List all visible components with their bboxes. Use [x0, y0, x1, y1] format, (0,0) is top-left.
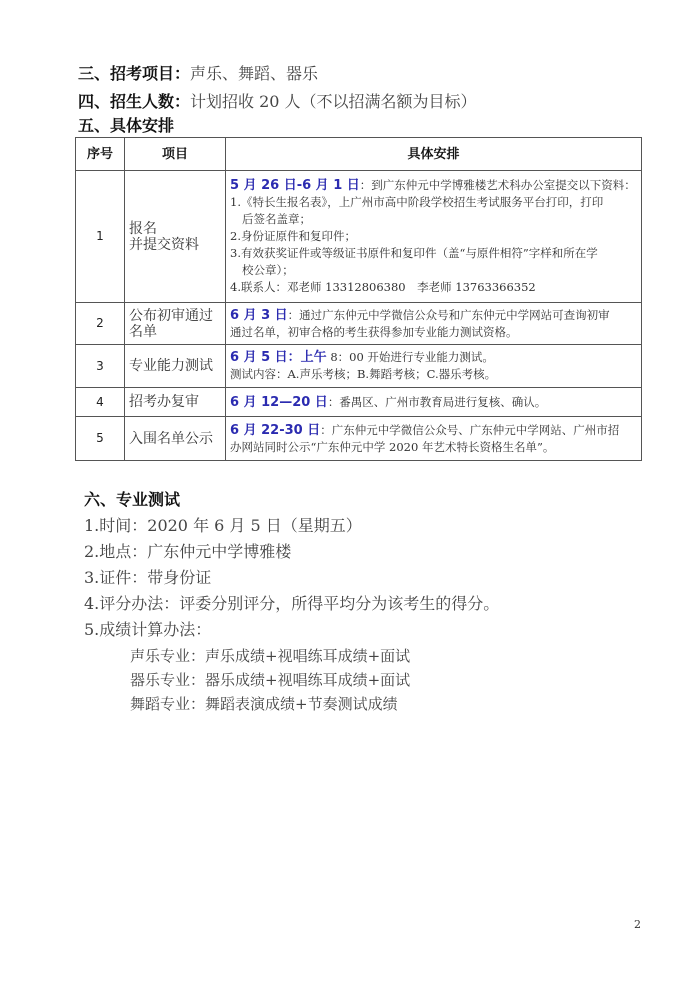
table-row: 3 专业能力测试 6 月 5 日：上午 8：00 开始进行专业能力测试。 测试内…	[76, 345, 642, 388]
table-row: 1 报名 并提交资料 5 月 26 日-6 月 1 日：到广东仲元中学博雅楼艺术…	[76, 171, 642, 303]
row-detail: 6 月 12—20 日：番禺区、广州市教育局进行复核、确认。	[226, 388, 642, 417]
header-item: 项目	[125, 138, 226, 171]
row-detail-text: 3.有效获奖证件或等级证书原件和复印件（盖“与原件相符”字样和所在学	[230, 245, 637, 262]
s6-sub-item: 器乐专业：器乐成绩+视唱练耳成绩+面试	[130, 670, 410, 690]
row-num: 2	[76, 303, 125, 345]
s6-item: 4.评分办法：评委分别评分，所得平均分为该考生的得分。	[84, 594, 499, 614]
section-3-heading: 三、招考项目：	[78, 64, 190, 83]
row-item: 入围名单公示	[125, 417, 226, 461]
row-detail-text: 4.联系人：邓老师 13312806380 李老师 13763366352	[230, 279, 637, 296]
section-4: 四、招生人数：计划招收 20 人（不以招满名额为目标）	[78, 92, 477, 112]
row-detail-text: 1.《特长生报名表》，上广州市高中阶段学校招生考试服务平台打印，打印	[230, 194, 637, 211]
row-date: 6 月 5 日：上午	[230, 350, 327, 365]
row-detail-text: 测试内容：A.声乐考核；B.舞蹈考核；C.器乐考核。	[230, 366, 637, 383]
page-number: 2	[634, 918, 641, 931]
section-6-heading: 六、专业测试	[84, 490, 180, 510]
row-detail-text: ：广东仲元中学微信公众号、广东仲元中学网站、广州市招	[320, 423, 619, 437]
table-row: 2 公布初审通过 名单 6 月 3 日：通过广东仲元中学微信公众号和广东仲元中学…	[76, 303, 642, 345]
row-num: 3	[76, 345, 125, 388]
row-detail-text: 通过名单，初审合格的考生获得参加专业能力测试资格。	[230, 324, 637, 341]
section-4-heading: 四、招生人数：	[78, 92, 190, 111]
row-item: 公布初审通过 名单	[125, 303, 226, 345]
table-header-row: 序号 项目 具体安排	[76, 138, 642, 171]
s6-item: 1.时间：2020 年 6 月 5 日（星期五）	[84, 516, 362, 536]
section-3: 三、招考项目：声乐、舞蹈、器乐	[78, 64, 318, 84]
row-detail: 6 月 22-30 日：广东仲元中学微信公众号、广东仲元中学网站、广州市招 办网…	[226, 417, 642, 461]
table-row: 4 招考办复审 6 月 12—20 日：番禺区、广州市教育局进行复核、确认。	[76, 388, 642, 417]
row-date: 6 月 22-30 日	[230, 423, 320, 438]
s6-item: 2.地点：广东仲元中学博雅楼	[84, 542, 291, 562]
row-detail-text: 8：00 开始进行专业能力测试。	[327, 350, 494, 364]
s6-sub-item: 声乐专业：声乐成绩+视唱练耳成绩+面试	[130, 646, 410, 666]
row-detail-text: 2.身份证原件和复印件；	[230, 228, 637, 245]
row-item-line: 并提交资料	[129, 237, 221, 253]
s6-item: 3.证件：带身份证	[84, 568, 211, 588]
schedule-table: 序号 项目 具体安排 1 报名 并提交资料 5 月 26 日-6 月 1 日：到…	[75, 137, 642, 461]
table-row: 5 入围名单公示 6 月 22-30 日：广东仲元中学微信公众号、广东仲元中学网…	[76, 417, 642, 461]
section-5: 五、具体安排	[78, 116, 174, 136]
row-item: 专业能力测试	[125, 345, 226, 388]
header-num: 序号	[76, 138, 125, 171]
s6-item: 5.成绩计算办法：	[84, 620, 211, 640]
s6-sub-item: 舞蹈专业：舞蹈表演成绩+节奏测试成绩	[130, 694, 398, 714]
row-item-line: 名单	[129, 324, 221, 340]
row-detail-text: ：番禺区、广州市教育局进行复核、确认。	[328, 395, 547, 409]
row-num: 4	[76, 388, 125, 417]
row-detail-text: ：通过广东仲元中学微信公众号和广东仲元中学网站可查询初审	[288, 308, 610, 322]
row-item-line: 报名	[129, 221, 221, 237]
row-num: 1	[76, 171, 125, 303]
row-detail-text: 办网站同时公示“广东仲元中学 2020 年艺术特长资格生名单”。	[230, 439, 637, 456]
row-item: 报名 并提交资料	[125, 171, 226, 303]
section-4-text: 计划招收 20 人（不以招满名额为目标）	[190, 92, 477, 111]
section-5-heading: 五、具体安排	[78, 116, 174, 135]
row-item-line: 公布初审通过	[129, 308, 221, 324]
row-detail-text: 校公章）；	[230, 262, 637, 279]
row-date: 5 月 26 日-6 月 1 日	[230, 178, 360, 193]
row-detail: 6 月 3 日：通过广东仲元中学微信公众号和广东仲元中学网站可查询初审 通过名单…	[226, 303, 642, 345]
row-detail-text: ：到广东仲元中学博雅楼艺术科办公室提交以下资料：	[360, 178, 636, 192]
row-detail: 5 月 26 日-6 月 1 日：到广东仲元中学博雅楼艺术科办公室提交以下资料：…	[226, 171, 642, 303]
row-detail: 6 月 5 日：上午 8：00 开始进行专业能力测试。 测试内容：A.声乐考核；…	[226, 345, 642, 388]
row-detail-text: 后签名盖章；	[230, 211, 637, 228]
row-item: 招考办复审	[125, 388, 226, 417]
row-num: 5	[76, 417, 125, 461]
row-date: 6 月 3 日	[230, 308, 288, 323]
section-3-text: 声乐、舞蹈、器乐	[190, 64, 318, 83]
row-date: 6 月 12—20 日	[230, 395, 328, 410]
header-detail: 具体安排	[226, 138, 642, 171]
